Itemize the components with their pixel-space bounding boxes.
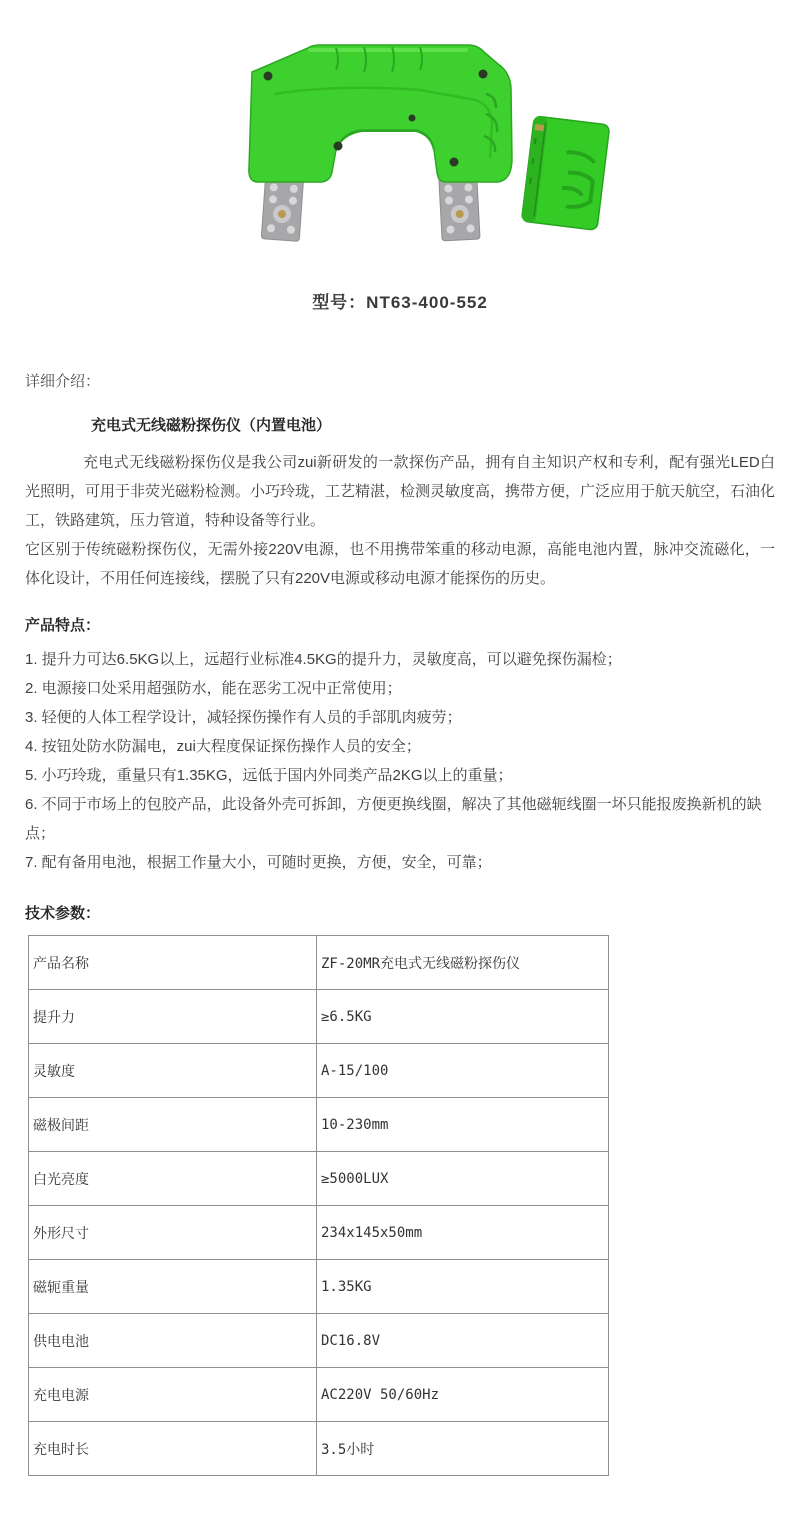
spec-value-cell: 1.35KG [317, 1260, 609, 1314]
spec-row-white-light: 白光亮度 ≥5000LUX [29, 1152, 609, 1206]
spec-label-cell: 供电电池 [29, 1314, 317, 1368]
feature-item-3: 3. 轻便的人体工程学设计，减轻探伤操作有人员的手部肌肉疲劳； [25, 703, 775, 732]
product-detail-page: 型号：NT63-400-552 详细介绍： 充电式无线磁粉探伤仪（内置电池） 充… [0, 30, 800, 1476]
spec-value-cell: 3.5小时 [317, 1422, 609, 1476]
spec-row-battery: 供电电池 DC16.8V [29, 1314, 609, 1368]
spec-value-cell: ZF-20MR充电式无线磁粉探伤仪 [317, 936, 609, 990]
product-title: 充电式无线磁粉探伤仪（内置电池） [91, 415, 775, 437]
feature-item-4: 4. 按钮处防水防漏电，zui大程度保证探伤操作人员的安全； [25, 732, 775, 761]
spec-row-pole-spacing: 磁极间距 10-230mm [29, 1098, 609, 1152]
spec-value-cell: DC16.8V [317, 1314, 609, 1368]
yoke-body [249, 45, 512, 182]
spec-value-cell: ≥6.5KG [317, 990, 609, 1044]
spec-label-cell: 充电时长 [29, 1422, 317, 1476]
spec-row-lifting-force: 提升力 ≥6.5KG [29, 990, 609, 1044]
spec-value-cell: AC220V 50/60Hz [317, 1368, 609, 1422]
spec-label-cell: 产品名称 [29, 936, 317, 990]
feature-item-6: 6. 不同于市场上的包胶产品，此设备外壳可拆卸，方便更换线圈，解决了其他磁轭线圈… [25, 790, 775, 848]
spec-label-cell: 灵敏度 [29, 1044, 317, 1098]
product-photo [240, 30, 620, 270]
feature-item-5: 5. 小巧玲珑，重量只有1.35KG，远低于国内外同类产品2KG以上的重量； [25, 761, 775, 790]
features-list: 1. 提升力可达6.5KG以上，远超行业标准4.5KG的提升力，灵敏度高，可以避… [25, 645, 775, 877]
product-photo-illustration [240, 30, 620, 270]
spec-row-sensitivity: 灵敏度 A-15/100 [29, 1044, 609, 1098]
battery-pack [521, 116, 609, 230]
spec-value-cell: A-15/100 [317, 1044, 609, 1098]
product-description: 详细介绍： 充电式无线磁粉探伤仪（内置电池） 充电式无线磁粉探伤仪是我公司zui… [0, 371, 800, 1476]
feature-item-2: 2. 电源接口处采用超强防水，能在恶劣工况中正常使用； [25, 674, 775, 703]
spec-row-charging-time: 充电时长 3.5小时 [29, 1422, 609, 1476]
spec-label-cell: 磁轭重量 [29, 1260, 317, 1314]
spec-row-yoke-weight: 磁轭重量 1.35KG [29, 1260, 609, 1314]
features-heading: 产品特点： [25, 615, 775, 637]
specs-heading: 技术参数： [25, 903, 775, 925]
specs-table: 产品名称 ZF-20MR充电式无线磁粉探伤仪 提升力 ≥6.5KG 灵敏度 A-… [28, 935, 609, 1476]
spec-label-cell: 磁极间距 [29, 1098, 317, 1152]
spec-value-cell: 234x145x50mm [317, 1206, 609, 1260]
spec-value-cell: 10-230mm [317, 1098, 609, 1152]
spec-label-cell: 外形尺寸 [29, 1206, 317, 1260]
feature-item-7: 7. 配有备用电池，根据工作量大小，可随时更换，方便，安全，可靠； [25, 848, 775, 877]
spec-row-dimensions: 外形尺寸 234x145x50mm [29, 1206, 609, 1260]
spec-label-cell: 充电电源 [29, 1368, 317, 1422]
spec-row-charging-power: 充电电源 AC220V 50/60Hz [29, 1368, 609, 1422]
spec-label-cell: 白光亮度 [29, 1152, 317, 1206]
feature-item-1: 1. 提升力可达6.5KG以上，远超行业标准4.5KG的提升力，灵敏度高，可以避… [25, 645, 775, 674]
spec-row-product-name: 产品名称 ZF-20MR充电式无线磁粉探伤仪 [29, 936, 609, 990]
spec-value-cell: ≥5000LUX [317, 1152, 609, 1206]
intro-section-heading: 详细介绍： [25, 371, 775, 393]
intro-paragraph-2: 它区别于传统磁粉探伤仪，无需外接220V电源，也不用携带笨重的移动电源，高能电池… [25, 535, 775, 593]
intro-paragraph-1: 充电式无线磁粉探伤仪是我公司zui新研发的一款探伤产品，拥有自主知识产权和专利，… [25, 448, 775, 535]
spec-label-cell: 提升力 [29, 990, 317, 1044]
model-number: 型号：NT63-400-552 [0, 288, 800, 313]
